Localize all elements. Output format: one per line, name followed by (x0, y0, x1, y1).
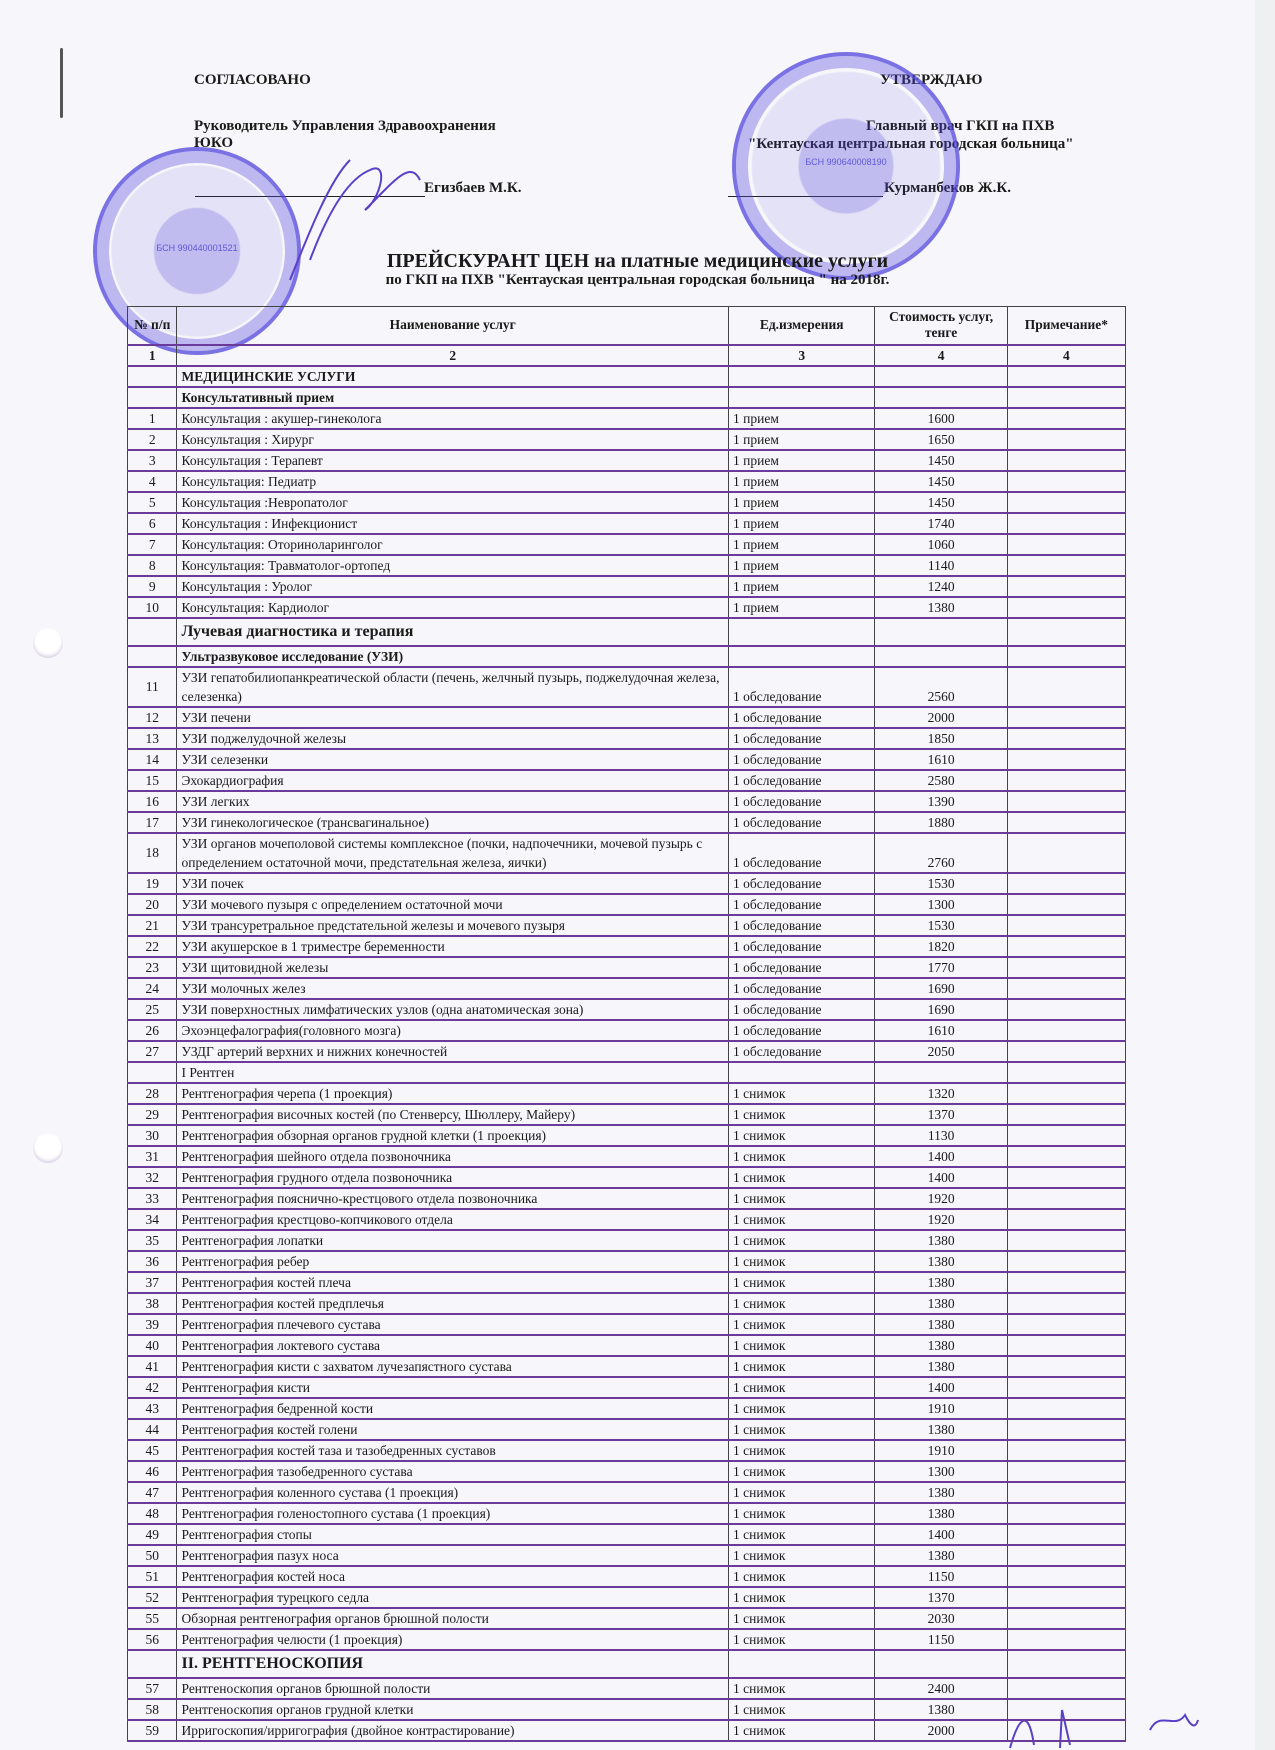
row-number: 57 (128, 1678, 177, 1699)
table-row: 6Консультация : Инфекционист1 прием1740 (128, 513, 1126, 534)
service-price: 1400 (875, 1167, 1007, 1188)
service-price: 1740 (875, 513, 1007, 534)
table-row: 11УЗИ гепатобилиопанкреатической области… (128, 667, 1126, 707)
unit-of-measure: 1 снимок (729, 1188, 875, 1209)
service-name: УЗДГ артерий верхних и нижних конечносте… (177, 1041, 729, 1062)
table-row: 2Консультация : Хирург1 прием1650 (128, 429, 1126, 450)
unit-of-measure: 1 снимок (729, 1503, 875, 1524)
row-number: 50 (128, 1545, 177, 1566)
table-row: 21УЗИ трансуретральное предстательной же… (128, 915, 1126, 936)
table-row: 49Рентгенография стопы1 снимок1400 (128, 1524, 1126, 1545)
row-number (128, 618, 177, 646)
service-name: УЗИ трансуретральное предстательной желе… (177, 915, 729, 936)
service-name: Рентгенография костей плеча (177, 1272, 729, 1293)
service-price: 1380 (875, 1419, 1007, 1440)
row-note (1007, 1167, 1125, 1188)
row-number: 41 (128, 1356, 177, 1377)
row-number: 15 (128, 770, 177, 791)
row-note (1007, 471, 1125, 492)
unit-of-measure: 1 снимок (729, 1230, 875, 1251)
service-name: УЗИ акушерское в 1 триместре беременност… (177, 936, 729, 957)
row-number (128, 1650, 177, 1678)
service-price: 1850 (875, 728, 1007, 749)
row-note (1007, 1293, 1125, 1314)
row-note (1007, 1125, 1125, 1146)
row-number: 29 (128, 1104, 177, 1125)
service-name: Рентгенография пазух носа (177, 1545, 729, 1566)
service-name: Рентгенография локтевого сустава (177, 1335, 729, 1356)
service-name: Рентгенография пояснично-крестцового отд… (177, 1188, 729, 1209)
table-row: 44Рентгенография костей голени1 снимок13… (128, 1419, 1126, 1440)
header-unit: Ед.измерения (729, 307, 875, 345)
header-service-name: Наименование услуг (177, 307, 729, 345)
unit-of-measure: 1 обследование (729, 936, 875, 957)
row-number: 46 (128, 1461, 177, 1482)
service-name: Рентгенография шейного отдела позвоночни… (177, 1146, 729, 1167)
document-title: ПРЕЙСКУРАНТ ЦЕН на платные медицинские у… (0, 250, 1275, 273)
unit-of-measure: 1 снимок (729, 1629, 875, 1650)
service-name: УЗИ органов мочеполовой системы комплекс… (177, 833, 729, 873)
service-name: Консультация : акушер-гинеколога (177, 408, 729, 429)
row-note (1007, 978, 1125, 999)
row-number: 37 (128, 1272, 177, 1293)
row-number: 49 (128, 1524, 177, 1545)
row-note (1007, 1356, 1125, 1377)
row-number: 2 (128, 429, 177, 450)
unit-of-measure: 1 снимок (729, 1440, 875, 1461)
row-number: 45 (128, 1440, 177, 1461)
table-row: 36Рентгенография ребер1 снимок1380 (128, 1251, 1126, 1272)
stamp-right-text: БСН 990640008190 (736, 157, 956, 167)
table-row: 12УЗИ печени1 обследование2000 (128, 707, 1126, 728)
service-price: 1380 (875, 1251, 1007, 1272)
table-row: 33Рентгенография пояснично-крестцового о… (128, 1188, 1126, 1209)
service-price: 1380 (875, 1503, 1007, 1524)
table-row: 30Рентгенография обзорная органов грудно… (128, 1125, 1126, 1146)
row-note (1007, 492, 1125, 513)
row-number: 52 (128, 1587, 177, 1608)
price-list-table: № п/п Наименование услуг Ед.измерения Ст… (127, 306, 1126, 1742)
unit-of-measure: 1 снимок (729, 1608, 875, 1629)
service-name: Рентгенография турецкого седла (177, 1587, 729, 1608)
table-row: 56Рентгенография челюсти (1 проекция)1 с… (128, 1629, 1126, 1650)
service-price: 2400 (875, 1678, 1007, 1699)
row-number: 16 (128, 791, 177, 812)
service-name: УЗИ селезенки (177, 749, 729, 770)
table-row: 4Консультация: Педиатр1 прием1450 (128, 471, 1126, 492)
unit-of-measure: 1 снимок (729, 1398, 875, 1419)
unit-of-measure: 1 снимок (729, 1314, 875, 1335)
unit-of-measure: 1 снимок (729, 1146, 875, 1167)
unit-of-measure: 1 обследование (729, 1020, 875, 1041)
service-name: Консультация: Оториноларинголог (177, 534, 729, 555)
row-note (1007, 1440, 1125, 1461)
service-name: Консультация: Травматолог-ортопед (177, 555, 729, 576)
row-note (1007, 1699, 1125, 1720)
unit-of-measure: 1 обследование (729, 1041, 875, 1062)
section-row: МЕДИЦИНСКИЕ УСЛУГИ (128, 366, 1126, 387)
section-title: II. РЕНТГЕНОСКОПИЯ (177, 1650, 729, 1678)
section-row: I Рентген (128, 1062, 1126, 1083)
row-note (1007, 555, 1125, 576)
row-note (1007, 597, 1125, 618)
service-price: 1320 (875, 1083, 1007, 1104)
unit-of-measure: 1 снимок (729, 1251, 875, 1272)
row-number: 31 (128, 1146, 177, 1167)
service-name: Рентгенография кисти (177, 1377, 729, 1398)
row-note (1007, 1566, 1125, 1587)
service-name: Консультация : Терапевт (177, 450, 729, 471)
unit-of-measure: 1 обследование (729, 894, 875, 915)
row-note (1007, 1545, 1125, 1566)
row-number: 58 (128, 1699, 177, 1720)
table-row: 41Рентгенография кисти с захватом лучеза… (128, 1356, 1126, 1377)
table-row: 38Рентгенография костей предплечья1 сним… (128, 1293, 1126, 1314)
punch-hole (33, 1133, 63, 1163)
row-number: 12 (128, 707, 177, 728)
unit-of-measure: 1 снимок (729, 1461, 875, 1482)
table-row: 5Консультация :Невропатолог1 прием1450 (128, 492, 1126, 513)
service-name: Рентгенография тазобедренного сустава (177, 1461, 729, 1482)
row-number (128, 1062, 177, 1083)
row-note (1007, 646, 1125, 667)
row-number: 59 (128, 1720, 177, 1741)
service-price: 1530 (875, 915, 1007, 936)
unit-of-measure: 1 обследование (729, 873, 875, 894)
unit-of-measure: 1 снимок (729, 1587, 875, 1608)
row-number: 4 (128, 471, 177, 492)
row-note (1007, 833, 1125, 873)
unit-of-measure: 1 снимок (729, 1083, 875, 1104)
row-number: 21 (128, 915, 177, 936)
column-number: 3 (729, 345, 875, 366)
approval-left-signatory: Егизбаев М.К. (424, 180, 522, 197)
service-name: Рентгенография коленного сустава (1 прое… (177, 1482, 729, 1503)
table-row: 31Рентгенография шейного отдела позвоноч… (128, 1146, 1126, 1167)
section-title: МЕДИЦИНСКИЕ УСЛУГИ (177, 366, 729, 387)
row-price (875, 1062, 1007, 1083)
table-row: 9Консультация : Уролог1 прием1240 (128, 576, 1126, 597)
section-row: II. РЕНТГЕНОСКОПИЯ (128, 1650, 1126, 1678)
table-row: 42Рентгенография кисти1 снимок1400 (128, 1377, 1126, 1398)
row-note (1007, 1188, 1125, 1209)
service-name: Консультация : Инфекционист (177, 513, 729, 534)
row-number: 11 (128, 667, 177, 707)
table-row: 8Консультация: Травматолог-ортопед1 прие… (128, 555, 1126, 576)
column-number: 4 (875, 345, 1007, 366)
row-note (1007, 1650, 1125, 1678)
table-row: 26Эхоэнцефалография(головного мозга)1 об… (128, 1020, 1126, 1041)
service-name: Рентгенография черепа (1 проекция) (177, 1083, 729, 1104)
row-number: 10 (128, 597, 177, 618)
row-number: 56 (128, 1629, 177, 1650)
document-subtitle: по ГКП на ПХВ "Кентауская центральная го… (0, 272, 1275, 289)
service-price: 1240 (875, 576, 1007, 597)
service-name: УЗИ поверхностных лимфатических узлов (о… (177, 999, 729, 1020)
row-note (1007, 1678, 1125, 1699)
unit-of-measure: 1 прием (729, 513, 875, 534)
section-row: Лучевая диагностика и терапия (128, 618, 1126, 646)
service-price: 2580 (875, 770, 1007, 791)
unit-of-measure: 1 обследование (729, 667, 875, 707)
row-number: 27 (128, 1041, 177, 1062)
service-price: 1920 (875, 1188, 1007, 1209)
unit-of-measure: 1 прием (729, 597, 875, 618)
row-number: 44 (128, 1419, 177, 1440)
table-row: 14УЗИ селезенки1 обследование1610 (128, 749, 1126, 770)
service-price: 1450 (875, 471, 1007, 492)
unit-of-measure: 1 снимок (729, 1272, 875, 1293)
row-number: 1 (128, 408, 177, 429)
table-row: 15Эхокардиография1 обследование2580 (128, 770, 1126, 791)
service-price: 1400 (875, 1146, 1007, 1167)
unit-of-measure: 1 обследование (729, 791, 875, 812)
row-note (1007, 1461, 1125, 1482)
service-price: 2000 (875, 707, 1007, 728)
unit-of-measure: 1 обследование (729, 978, 875, 999)
unit-of-measure: 1 снимок (729, 1104, 875, 1125)
unit-of-measure: 1 снимок (729, 1482, 875, 1503)
table-row: 45Рентгенография костей таза и тазобедре… (128, 1440, 1126, 1461)
row-number: 19 (128, 873, 177, 894)
row-number: 40 (128, 1335, 177, 1356)
service-price: 1910 (875, 1440, 1007, 1461)
row-note (1007, 957, 1125, 978)
unit-of-measure: 1 снимок (729, 1419, 875, 1440)
row-number: 23 (128, 957, 177, 978)
service-price: 1300 (875, 894, 1007, 915)
service-name: УЗИ мочевого пузыря с определением остат… (177, 894, 729, 915)
row-number: 39 (128, 1314, 177, 1335)
row-note (1007, 1587, 1125, 1608)
service-price: 1690 (875, 978, 1007, 999)
unit-of-measure: 1 прием (729, 576, 875, 597)
unit-of-measure: 1 снимок (729, 1167, 875, 1188)
table-row: 3Консультация : Терапевт1 прием1450 (128, 450, 1126, 471)
table-row: 43Рентгенография бедренной кости1 снимок… (128, 1398, 1126, 1419)
row-number: 55 (128, 1608, 177, 1629)
row-note (1007, 1020, 1125, 1041)
row-number: 3 (128, 450, 177, 471)
table-row: 48Рентгенография голеностопного сустава … (128, 1503, 1126, 1524)
service-name: Эхокардиография (177, 770, 729, 791)
table-row: 19УЗИ почек1 обследование1530 (128, 873, 1126, 894)
service-name: Рентгенография костей предплечья (177, 1293, 729, 1314)
approval-left-position: Руководитель Управления Здравоохранения (194, 118, 496, 135)
unit-of-measure: 1 снимок (729, 1699, 875, 1720)
service-name: Ирригоскопия/ирригография (двойное контр… (177, 1720, 729, 1741)
section-title: Консультативный прием (177, 387, 729, 408)
row-number: 33 (128, 1188, 177, 1209)
row-note (1007, 707, 1125, 728)
row-note (1007, 770, 1125, 791)
table-row: 23УЗИ щитовидной железы1 обследование177… (128, 957, 1126, 978)
unit-of-measure: 1 обследование (729, 999, 875, 1020)
table-row: 37Рентгенография костей плеча1 снимок138… (128, 1272, 1126, 1293)
unit-of-measure: 1 обследование (729, 728, 875, 749)
row-number: 22 (128, 936, 177, 957)
service-name: УЗИ поджелудочной железы (177, 728, 729, 749)
service-name: Рентгенография стопы (177, 1524, 729, 1545)
unit-of-measure: 1 снимок (729, 1566, 875, 1587)
service-name: Эхоэнцефалография(головного мозга) (177, 1020, 729, 1041)
service-price: 1450 (875, 450, 1007, 471)
unit-of-measure: 1 снимок (729, 1524, 875, 1545)
row-price (875, 618, 1007, 646)
row-number: 8 (128, 555, 177, 576)
table-row: 40Рентгенография локтевого сустава1 сним… (128, 1335, 1126, 1356)
service-name: Консультация : Хирург (177, 429, 729, 450)
unit-of-measure: 1 прием (729, 534, 875, 555)
row-note (1007, 873, 1125, 894)
service-price: 1610 (875, 1020, 1007, 1041)
row-note (1007, 1398, 1125, 1419)
header-number: № п/п (128, 307, 177, 345)
unit-of-measure: 1 снимок (729, 1335, 875, 1356)
unit-of-measure: 1 снимок (729, 1678, 875, 1699)
row-note (1007, 1335, 1125, 1356)
service-name: Консультация : Уролог (177, 576, 729, 597)
row-note (1007, 1104, 1125, 1125)
unit-of-measure: 1 снимок (729, 1209, 875, 1230)
row-note (1007, 1608, 1125, 1629)
table-row: 47Рентгенография коленного сустава (1 пр… (128, 1482, 1126, 1503)
row-note (1007, 450, 1125, 471)
service-name: УЗИ щитовидной железы (177, 957, 729, 978)
row-note (1007, 1503, 1125, 1524)
row-note (1007, 429, 1125, 450)
row-note (1007, 1041, 1125, 1062)
service-price: 1380 (875, 1314, 1007, 1335)
unit-of-measure: 1 снимок (729, 1356, 875, 1377)
row-unit (729, 1650, 875, 1678)
service-price: 1370 (875, 1587, 1007, 1608)
unit-of-measure: 1 обследование (729, 915, 875, 936)
row-note (1007, 1272, 1125, 1293)
service-name: УЗИ печени (177, 707, 729, 728)
table-row: 58Рентгеноскопия органов грудной клетки1… (128, 1699, 1126, 1720)
row-number: 43 (128, 1398, 177, 1419)
row-note (1007, 576, 1125, 597)
price-table-body: МЕДИЦИНСКИЕ УСЛУГИКонсультативный прием1… (128, 366, 1126, 1741)
table-row: 16УЗИ легких1 обследование1390 (128, 791, 1126, 812)
service-price: 2000 (875, 1720, 1007, 1741)
row-number: 6 (128, 513, 177, 534)
row-number (128, 646, 177, 667)
official-stamp-right: БСН 990640008190 (732, 52, 960, 280)
service-price: 1910 (875, 1398, 1007, 1419)
service-price: 1530 (875, 873, 1007, 894)
row-number: 34 (128, 1209, 177, 1230)
row-unit (729, 646, 875, 667)
table-row: 17УЗИ гинекологическое (трансвагинальное… (128, 812, 1126, 833)
service-name: Рентгенография бедренной кости (177, 1398, 729, 1419)
service-name: Рентгенография ребер (177, 1251, 729, 1272)
unit-of-measure: 1 обследование (729, 812, 875, 833)
row-note (1007, 1524, 1125, 1545)
table-row: 27УЗДГ артерий верхних и нижних конечнос… (128, 1041, 1126, 1062)
unit-of-measure: 1 обследование (729, 957, 875, 978)
row-note (1007, 749, 1125, 770)
row-note (1007, 387, 1125, 408)
service-price: 1380 (875, 1356, 1007, 1377)
table-row: 25УЗИ поверхностных лимфатических узлов … (128, 999, 1126, 1020)
table-row: 50Рентгенография пазух носа1 снимок1380 (128, 1545, 1126, 1566)
table-row: 55Обзорная рентгенография органов брюшно… (128, 1608, 1126, 1629)
service-name: Рентгенография височных костей (по Стенв… (177, 1104, 729, 1125)
service-price: 1770 (875, 957, 1007, 978)
service-price: 1380 (875, 1293, 1007, 1314)
service-price: 1380 (875, 1482, 1007, 1503)
service-price: 1380 (875, 1545, 1007, 1566)
row-note (1007, 999, 1125, 1020)
unit-of-measure: 1 снимок (729, 1720, 875, 1741)
unit-of-measure: 1 обследование (729, 770, 875, 791)
service-price: 1920 (875, 1209, 1007, 1230)
row-unit (729, 1062, 875, 1083)
row-note (1007, 812, 1125, 833)
column-number: 2 (177, 345, 729, 366)
table-row: 34Рентгенография крестцово-копчикового о… (128, 1209, 1126, 1230)
row-unit (729, 618, 875, 646)
service-name: Консультация: Кардиолог (177, 597, 729, 618)
service-price: 1610 (875, 749, 1007, 770)
table-row: 24УЗИ молочных желез1 обследование1690 (128, 978, 1126, 999)
service-price: 1820 (875, 936, 1007, 957)
row-note (1007, 1314, 1125, 1335)
unit-of-measure: 1 обследование (729, 833, 875, 873)
row-number: 36 (128, 1251, 177, 1272)
unit-of-measure: 1 прием (729, 555, 875, 576)
row-note (1007, 894, 1125, 915)
service-price: 2760 (875, 833, 1007, 873)
row-note (1007, 1209, 1125, 1230)
table-row: 13УЗИ поджелудочной железы1 обследование… (128, 728, 1126, 749)
row-note (1007, 936, 1125, 957)
approval-left-label: СОГЛАСОВАНО (194, 72, 311, 89)
service-price: 1060 (875, 534, 1007, 555)
table-row: 20УЗИ мочевого пузыря с определением ост… (128, 894, 1126, 915)
row-unit (729, 366, 875, 387)
row-note (1007, 618, 1125, 646)
section-row: Консультативный прием (128, 387, 1126, 408)
service-price: 1130 (875, 1125, 1007, 1146)
unit-of-measure: 1 снимок (729, 1293, 875, 1314)
row-price (875, 387, 1007, 408)
row-number: 28 (128, 1083, 177, 1104)
header-note: Примечание* (1007, 307, 1125, 345)
service-price: 2560 (875, 667, 1007, 707)
section-row: Ультразвуковое исследование (УЗИ) (128, 646, 1126, 667)
service-price: 1150 (875, 1566, 1007, 1587)
table-row: 46Рентгенография тазобедренного сустава1… (128, 1461, 1126, 1482)
row-number: 13 (128, 728, 177, 749)
row-price (875, 1650, 1007, 1678)
section-title: Лучевая диагностика и терапия (177, 618, 729, 646)
service-price: 1370 (875, 1104, 1007, 1125)
table-header-row: № п/п Наименование услуг Ед.измерения Ст… (128, 307, 1126, 345)
row-note (1007, 1251, 1125, 1272)
row-number: 42 (128, 1377, 177, 1398)
unit-of-measure: 1 обследование (729, 749, 875, 770)
row-price (875, 646, 1007, 667)
row-note (1007, 1629, 1125, 1650)
table-row: 39Рентгенография плечевого сустава1 сним… (128, 1314, 1126, 1335)
row-note (1007, 1482, 1125, 1503)
row-note (1007, 1720, 1125, 1741)
service-price: 1450 (875, 492, 1007, 513)
row-note (1007, 728, 1125, 749)
